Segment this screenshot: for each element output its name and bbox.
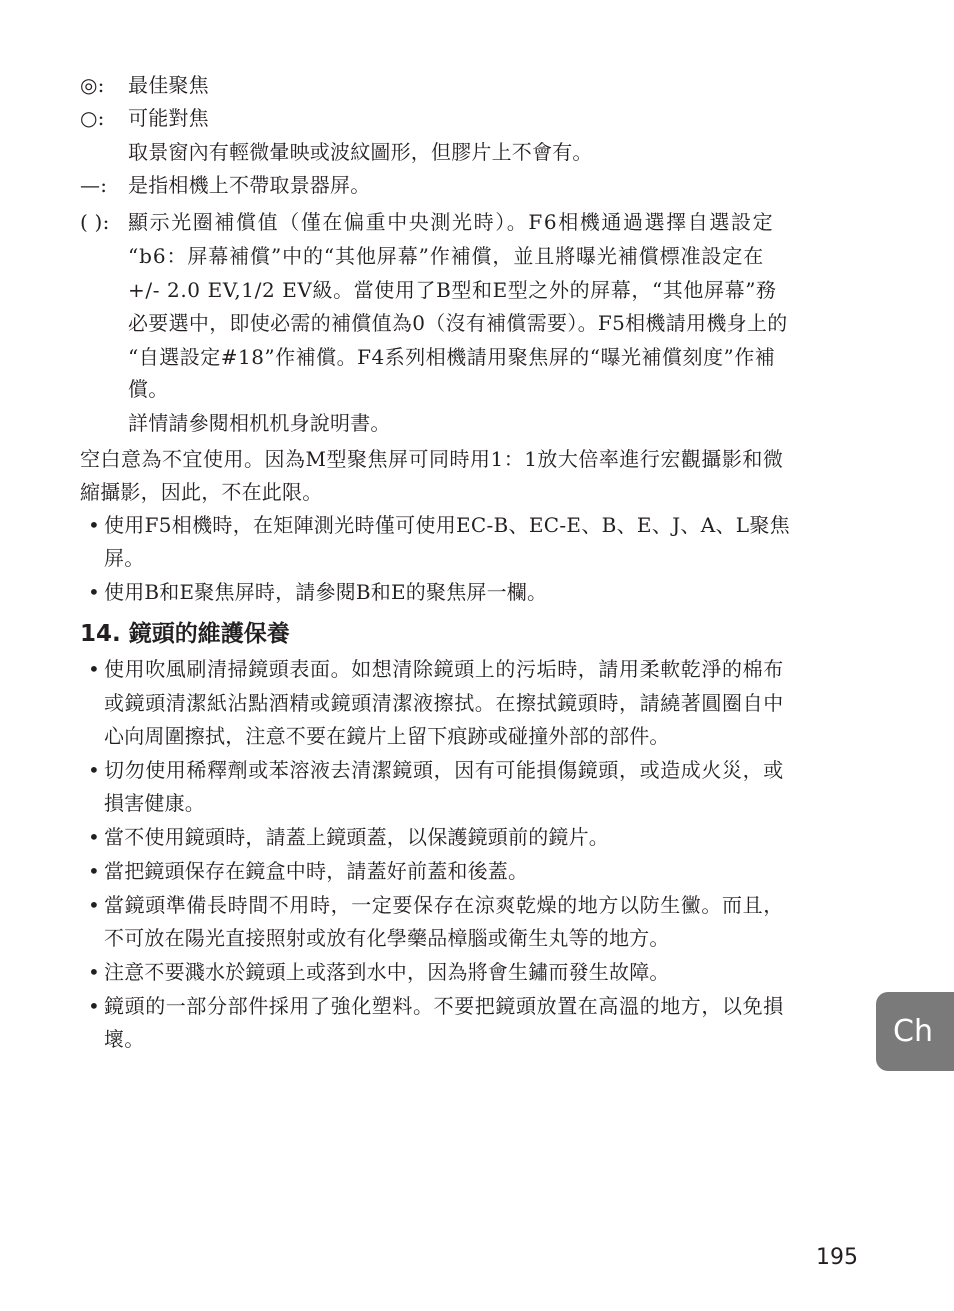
bullet-icon: • [88, 509, 100, 542]
paren-line: “b6：屏幕補償”中的“其他屏幕”作補償，並且將曝光補償標准設定在 [128, 240, 764, 273]
care-line: 損害健康。 [104, 787, 205, 820]
bullet-icon: • [88, 990, 100, 1023]
care-line: 注意不要濺水於鏡頭上或落到水中，因為將會生鏽而發生故障。 [104, 956, 670, 989]
legend-text: 可能對焦 [128, 102, 209, 135]
bullet-icon: • [88, 754, 100, 787]
section-heading: 14. 鏡頭的維護保養 [80, 617, 290, 651]
language-tab-chinese: Ch [876, 992, 954, 1071]
paren-line: 詳情請參閱相机机身說明書。 [128, 407, 391, 440]
care-line: 當鏡頭準備長時間不用時，一定要保存在涼爽乾燥的地方以防生黴。而且， [104, 889, 784, 922]
language-tab-label: Ch [876, 992, 954, 1071]
note-line: 使用F5相機時，在矩陣測光時僅可使用EC-B、EC-E、B、E、J、A、L聚焦 [104, 509, 790, 542]
bullet-icon: • [88, 821, 100, 854]
bullet-icon: • [88, 956, 100, 989]
legend-text: 顯示光圈補償值（僅在偏重中央測光時）。F6相機通過選擇自選設定 [128, 206, 774, 239]
care-line: 當不使用鏡頭時，請蓋上鏡頭蓋，以保護鏡頭前的鏡片。 [104, 821, 609, 854]
paren-line: 償。 [128, 373, 168, 406]
care-line: 壞。 [104, 1023, 144, 1056]
paren-line: “自選設定#18”作補償。F4系列相機請用聚焦屏的“曝光補償刻度”作補 [128, 341, 775, 374]
blank-note-line: 空白意為不宜使用。因為M型聚焦屏可同時用1：1放大倍率進行宏觀攝影和微 [80, 443, 783, 476]
page-number: 195 [816, 1245, 858, 1270]
note-line: 使用B和E聚焦屏時，請參閱B和E的聚焦屏一欄。 [104, 576, 547, 609]
circle-symbol: ○: [80, 102, 126, 135]
bullet-icon: • [88, 889, 100, 922]
care-line: 心向周圍擦拭，注意不要在鏡片上留下痕跡或碰撞外部的部件。 [104, 720, 670, 753]
care-line: 切勿使用稀釋劑或苯溶液去清潔鏡頭，因有可能損傷鏡頭，或造成火災，或 [104, 754, 784, 787]
legend-text: 是指相機上不帶取景器屏。 [128, 169, 370, 202]
legend-text: 取景窗內有輕微暈映或波紋圖形，但膠片上不會有。 [128, 136, 593, 169]
manual-page: ◎: 最佳聚焦 ○: 可能對焦 取景窗內有輕微暈映或波紋圖形，但膠片上不會有。 … [0, 0, 954, 1311]
care-line: 不可放在陽光直接照射或放有化學藥品樟腦或衛生丸等的地方。 [104, 922, 670, 955]
care-line: 或鏡頭清潔紙沾點酒精或鏡頭清潔液擦拭。在擦拭鏡頭時，請繞著圓圈自中 [104, 687, 784, 720]
legend-text: 最佳聚焦 [128, 69, 209, 102]
care-line: 當把鏡頭保存在鏡盒中時，請蓋好前蓋和後蓋。 [104, 855, 528, 888]
note-line: 屏。 [104, 542, 144, 575]
bullet-icon: • [88, 855, 100, 888]
dash-symbol: —: [80, 169, 126, 202]
care-line: 鏡頭的一部分部件採用了強化塑料。不要把鏡頭放置在高溫的地方，以免損 [104, 990, 784, 1023]
paren-line: +/- 2.0 EV,1/2 EV級。當使用了B型和E型之外的屏幕，“其他屏幕”… [128, 274, 777, 307]
bullet-icon: • [88, 653, 100, 686]
bullet-icon: • [88, 576, 100, 609]
blank-note-line: 縮攝影，因此，不在此限。 [80, 476, 322, 509]
parentheses-symbol: ( ): [80, 206, 126, 239]
double-circle-symbol: ◎: [80, 69, 126, 102]
care-line: 使用吹風刷清掃鏡頭表面。如想清除鏡頭上的污垢時，請用柔軟乾淨的棉布 [104, 653, 784, 686]
paren-line: 必要選中，即使必需的補償值為0（沒有補償需要）。F5相機請用機身上的 [128, 307, 788, 340]
